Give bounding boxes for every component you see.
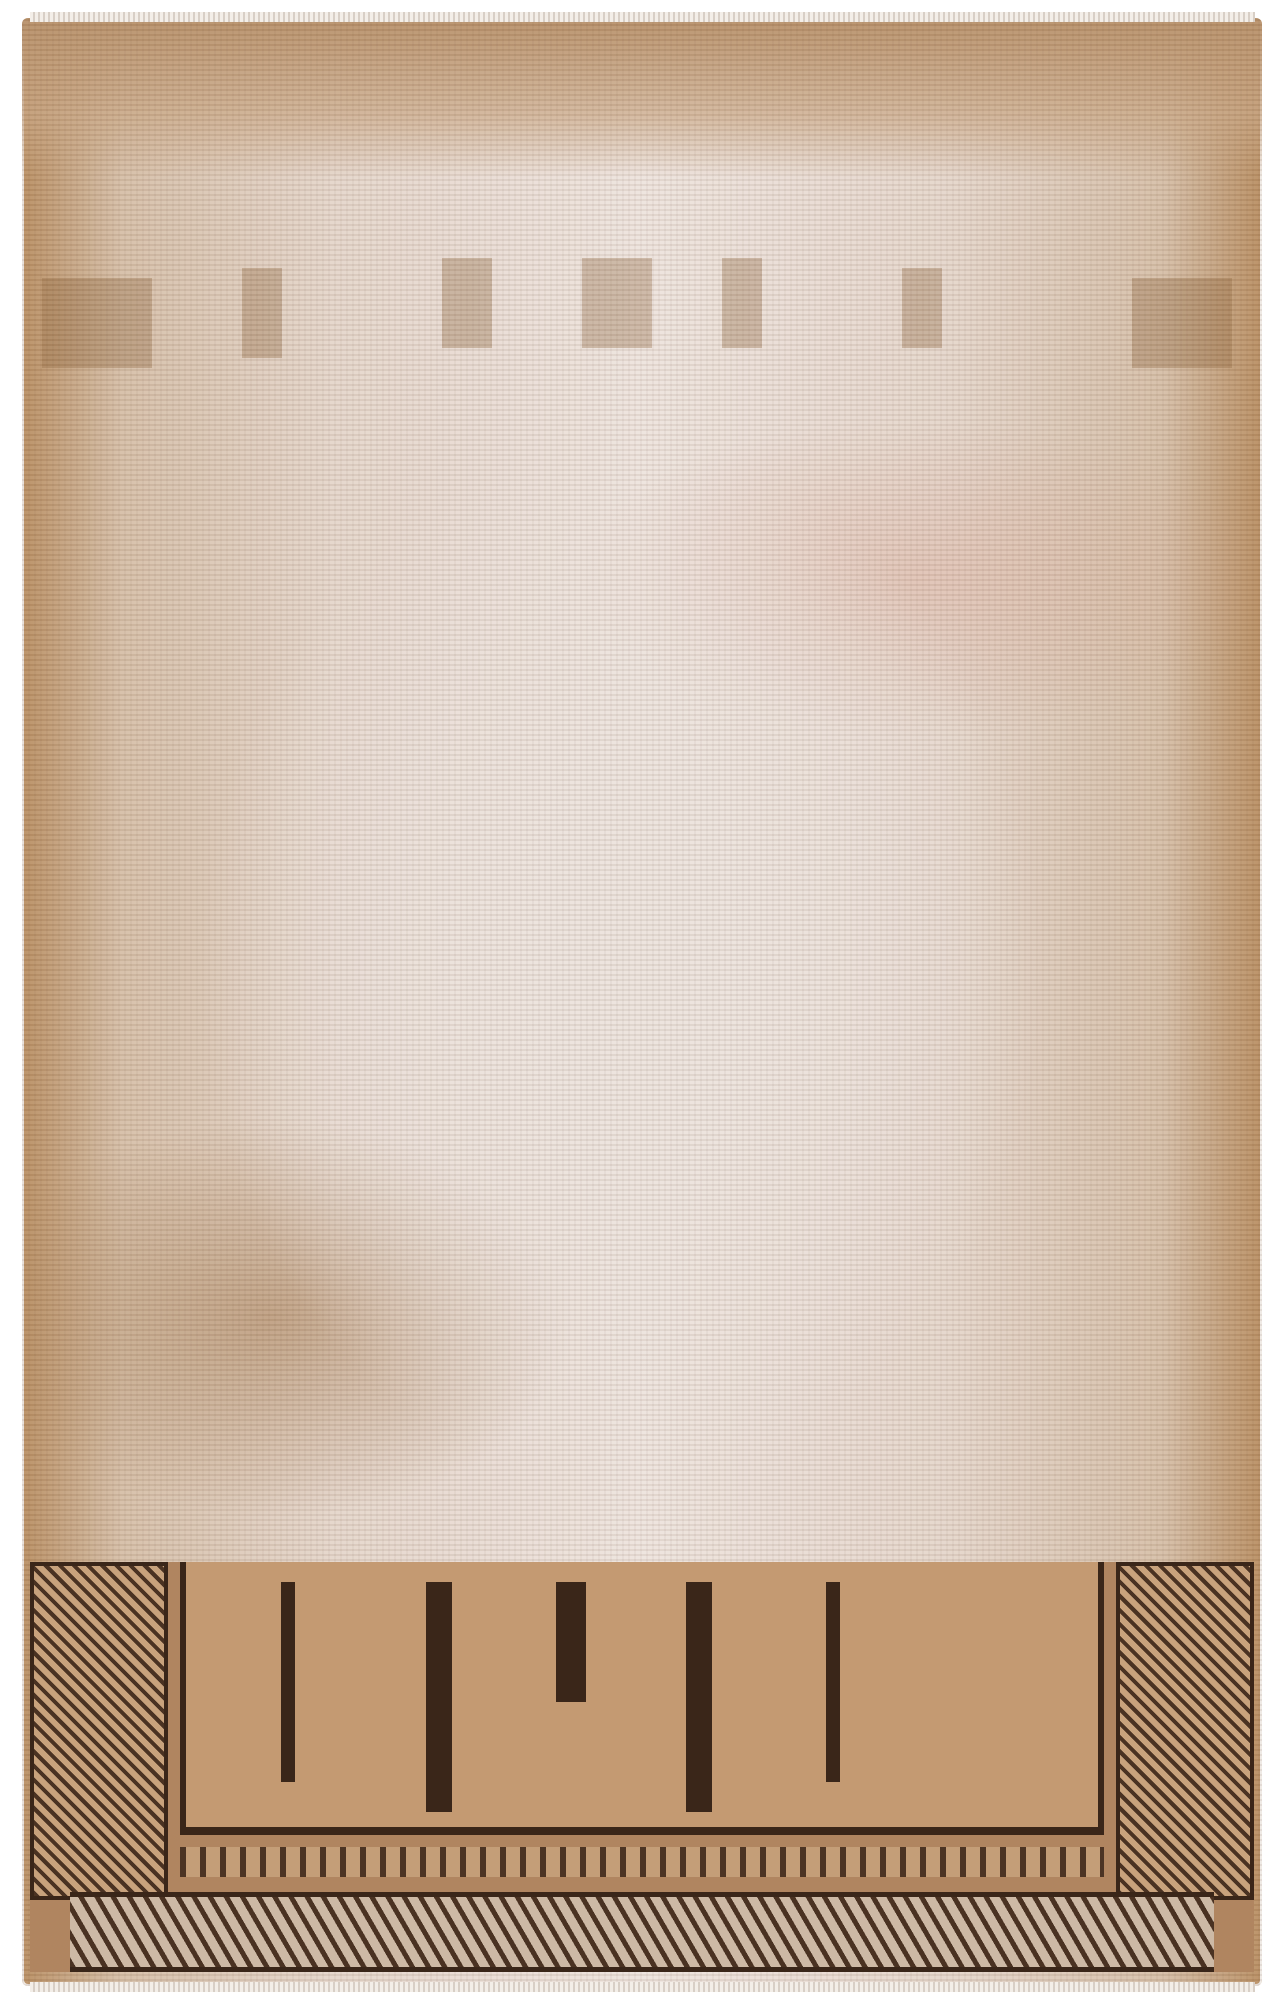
- bottom-panel: [180, 1562, 1104, 1835]
- rug-photo: [22, 18, 1262, 1986]
- bottom-fringe: [30, 1982, 1255, 1992]
- right-border-band: [1116, 1562, 1254, 1900]
- top-fringe: [30, 12, 1255, 22]
- tree-motif-bar: [426, 1582, 452, 1812]
- lower-geometric-band: [70, 1892, 1214, 1972]
- left-border-band: [30, 1562, 168, 1900]
- tree-motif-bar: [686, 1582, 712, 1812]
- bottom-border: [30, 1562, 1254, 1972]
- tree-motif-center: [556, 1582, 586, 1702]
- figure-motif-right: [826, 1582, 840, 1782]
- figure-motif-left: [281, 1582, 295, 1782]
- meander-border: [180, 1847, 1104, 1877]
